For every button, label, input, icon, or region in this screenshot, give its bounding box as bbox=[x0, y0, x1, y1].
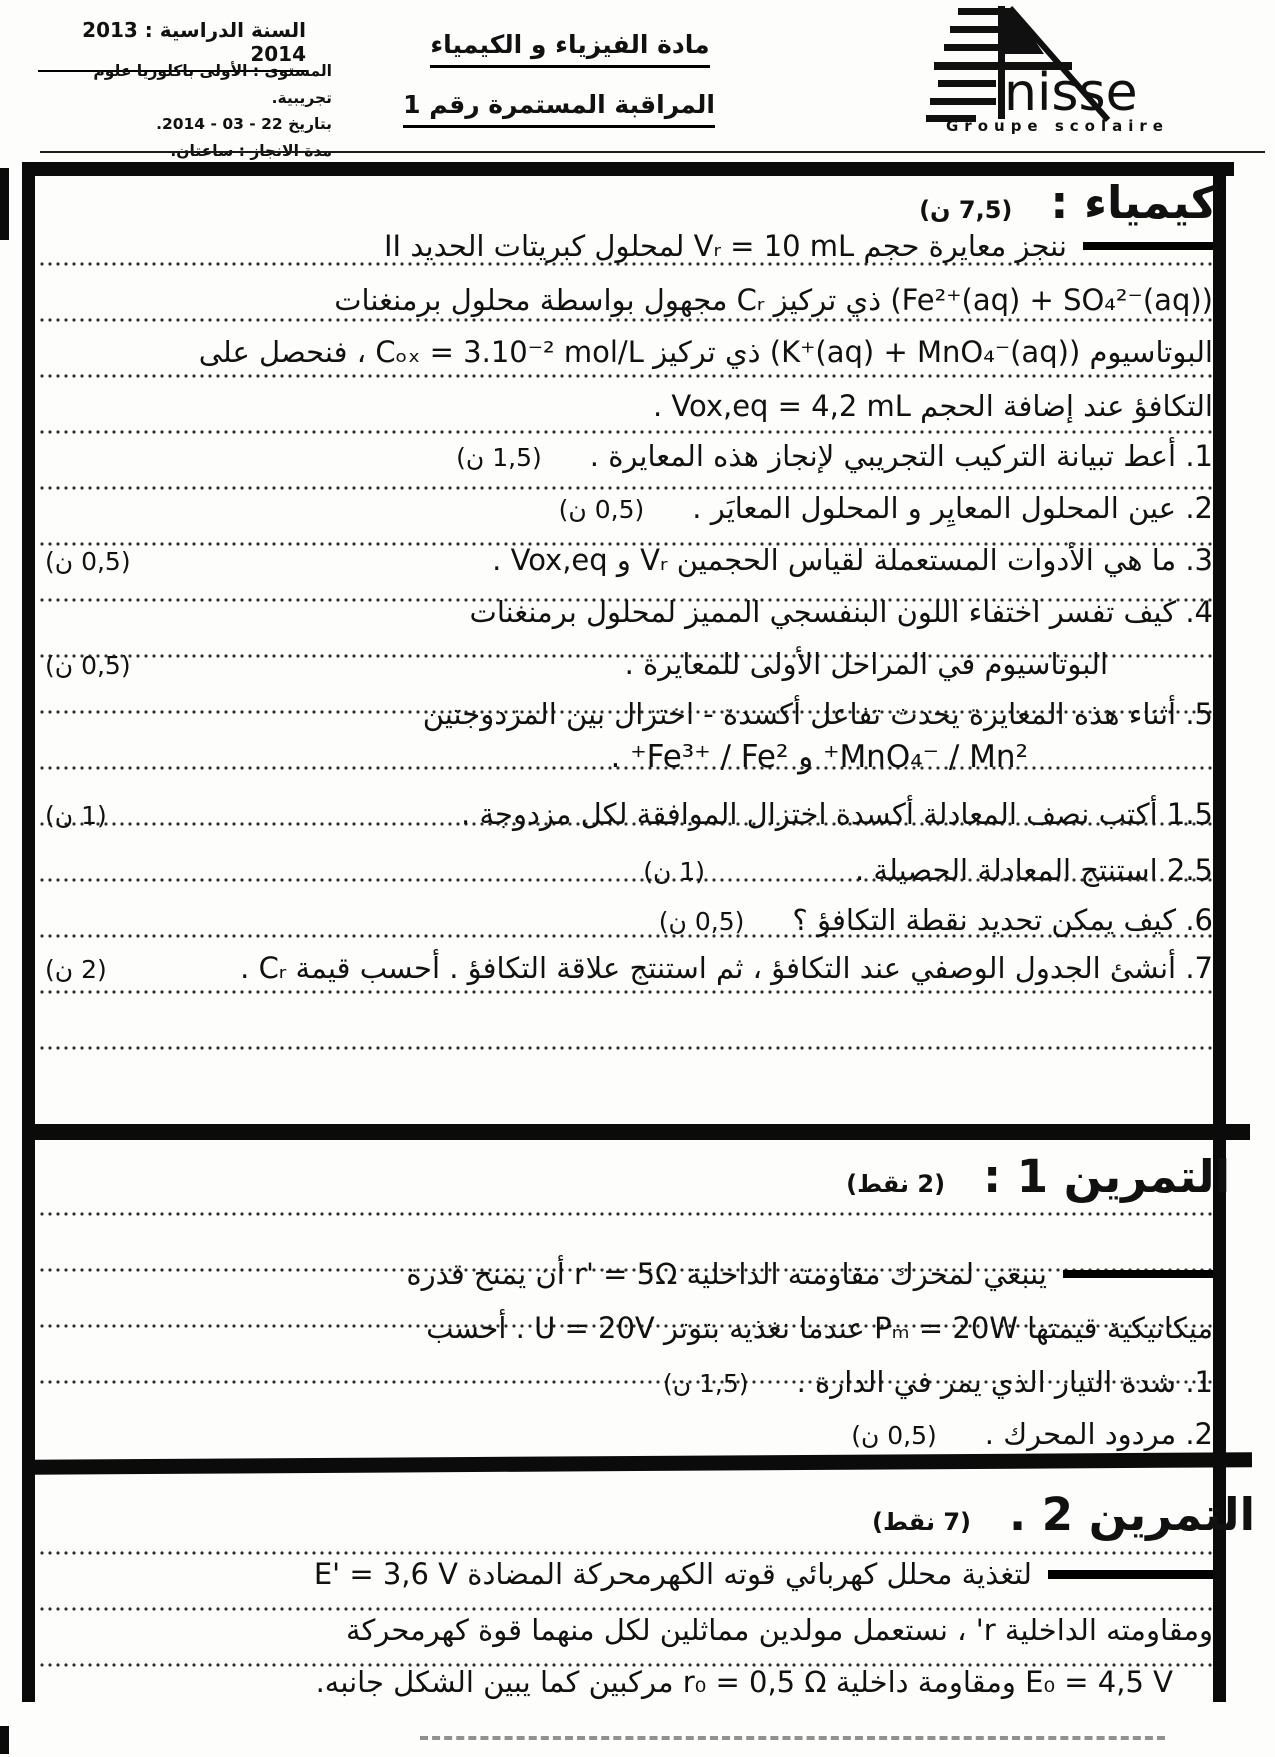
line-text: البوتاسيوم في المراحل الأولى للمعايرة . bbox=[625, 642, 1108, 686]
formula-text: MnO₄⁻ / Mn²⁺ و Fe³⁺ / Fe²⁺ . bbox=[611, 735, 1028, 779]
chem-question-6: 6. كيف يمكن تحديد نقطة التكافؤ ؟ (0,5 ن) bbox=[45, 898, 1213, 942]
section-points: (7 نقط) bbox=[872, 1508, 971, 1536]
ex1-line-intro-2: ميكانيكية قيمتها Pₘ = 20W عندما نغذيه بت… bbox=[45, 1306, 1213, 1350]
chem-line-intro-1: ننجز معايرة حجم Vᵣ = 10 mL لمحلول كبريتا… bbox=[45, 224, 1213, 268]
line-text: التكافؤ عند إضافة الحجم Vox,eq = 4,2 mL … bbox=[653, 384, 1213, 428]
chem-question-4b: البوتاسيوم في المراحل الأولى للمعايرة . … bbox=[45, 642, 1213, 686]
exam-title-block: مادة الفيزياء و الكيمياء المراقبة المستم… bbox=[425, 30, 715, 128]
chem-line-intro-4: التكافؤ عند إضافة الحجم Vox,eq = 4,2 mL … bbox=[45, 384, 1213, 428]
ex2-line-intro-2: ومقاومته الداخلية r' ، نستعمل مولدين مما… bbox=[45, 1608, 1213, 1652]
score-badge: (2 ن) bbox=[45, 948, 107, 992]
header-divider bbox=[40, 151, 1265, 153]
exam-scan-page: السنة الدراسية : 2013‏ 2014 المستوى : ال… bbox=[0, 0, 1275, 1757]
chem-question-5-2: 2.5 استنتج المعادلة الحصيلة . (1 ن) bbox=[45, 848, 1213, 892]
scan-artifact-dashes bbox=[420, 1736, 1165, 1740]
score-badge: (0,5 ن) bbox=[45, 644, 131, 688]
line-text: ينبغي لمحرك مقاومته الداخلية r' = 5Ω أن … bbox=[406, 1252, 1047, 1296]
line-text: البوتاسيوم (K⁺(aq) + MnO₄⁻(aq)) ذي تركيز… bbox=[199, 330, 1213, 374]
score-badge: (0,5 ن) bbox=[45, 540, 131, 584]
exercise2-heading: التمرين 2 . (7 نقط) bbox=[872, 1488, 1255, 1541]
chem-line-intro-2: (Fe²⁺(aq) + SO₄²⁻(aq)) ذي تركيز Cᵣ مجهول… bbox=[45, 278, 1213, 322]
score-badge: (1 ن) bbox=[643, 850, 705, 894]
line-text: 1.5 أكتب نصف المعادلة أكسدة اختزال الموا… bbox=[461, 792, 1213, 836]
line-text: 5. أثناء هذه المعايرة يحدث تفاعل أكسدة -… bbox=[423, 692, 1213, 736]
line-text: 2. مردود المحرك . bbox=[985, 1412, 1213, 1456]
paragraph-dash bbox=[1083, 242, 1213, 250]
chem-question-4a: 4. كيف تفسر اختفاء اللون البنفسجي المميز… bbox=[45, 590, 1213, 634]
score-badge: (1 ن) bbox=[45, 794, 107, 838]
score-badge: (0,5 ن) bbox=[851, 1414, 937, 1458]
paragraph-dash bbox=[1048, 1570, 1213, 1579]
chem-question-5-1: 1.5 أكتب نصف المعادلة أكسدة اختزال الموا… bbox=[45, 792, 1213, 836]
section-title: كيمياء : bbox=[1050, 176, 1217, 229]
line-text: E₀ = 4,5 V ومقاومة داخلية r₀ = 0,5 Ω مرك… bbox=[316, 1660, 1173, 1704]
school-logo: nisse Groupe scolaire bbox=[838, 2, 1208, 134]
line-text: 2. عين المحلول المعايِر و المحلول المعاي… bbox=[692, 486, 1213, 530]
section-separator-1 bbox=[22, 1124, 1250, 1140]
chem-question-1: 1. أعط تبيانة التركيب التجريبي لإنجاز هذ… bbox=[45, 434, 1213, 478]
line-text: 2.5 استنتج المعادلة الحصيلة . bbox=[855, 848, 1213, 892]
chem-question-5: 5. أثناء هذه المعايرة يحدث تفاعل أكسدة -… bbox=[45, 692, 1213, 736]
logo-name: nisse bbox=[1004, 63, 1138, 123]
exercise1-heading: التمرين 1 : (2 نقط) bbox=[846, 1150, 1230, 1203]
section-title: التمرين 2 . bbox=[1009, 1488, 1255, 1541]
score-badge: (0,5 ن) bbox=[659, 900, 745, 944]
chem-question-2: 2. عين المحلول المعايِر و المحلول المعاي… bbox=[45, 486, 1213, 530]
frame-right-bar bbox=[1213, 162, 1226, 1702]
line-text: ننجز معايرة حجم Vᵣ = 10 mL لمحلول كبريتا… bbox=[384, 224, 1067, 268]
ex2-line-intro-3: E₀ = 4,5 V ومقاومة داخلية r₀ = 0,5 Ω مرك… bbox=[45, 1660, 1213, 1704]
exam-title: المراقبة المستمرة رقم 1 bbox=[403, 90, 715, 128]
line-text: 3. ما هي الأدوات المستعملة لقياس الحجمين… bbox=[492, 538, 1213, 582]
section-points: (7,5 ن) bbox=[919, 196, 1012, 224]
line-text: لتغذية محلل كهربائي قوته الكهرمحركة المض… bbox=[314, 1552, 1032, 1596]
chem-line-intro-3: البوتاسيوم (K⁺(aq) + MnO₄⁻(aq)) ذي تركيز… bbox=[45, 330, 1213, 374]
line-text: 4. كيف تفسر اختفاء اللون البنفسجي المميز… bbox=[470, 590, 1213, 634]
line-text: 6. كيف يمكن تحديد نقطة التكافؤ ؟ bbox=[792, 898, 1213, 942]
line-text: ومقاومته الداخلية r' ، نستعمل مولدين مما… bbox=[346, 1608, 1213, 1652]
logo-graphic: nisse Groupe scolaire bbox=[838, 2, 1208, 134]
section-points: (2 نقط) bbox=[846, 1170, 945, 1198]
frame-top-bar bbox=[22, 162, 1234, 176]
line-text: 7. أنشئ الجدول الوصفي عند التكافؤ ، ثم ا… bbox=[240, 946, 1213, 990]
ex2-line-intro-1: لتغذية محلل كهربائي قوته الكهرمحركة المض… bbox=[45, 1552, 1213, 1596]
ex1-line-intro-1: ينبغي لمحرك مقاومته الداخلية r' = 5Ω أن … bbox=[45, 1252, 1213, 1296]
line-text: 1. أعط تبيانة التركيب التجريبي لإنجاز هذ… bbox=[590, 434, 1213, 478]
score-badge: (0,5 ن) bbox=[559, 488, 645, 532]
date-line: بتاريخ 22 - 03 - 2014. bbox=[30, 111, 332, 138]
scan-edge-artifact bbox=[0, 1726, 9, 1754]
level-line: المستوى : الأولى باكلوريا علوم تجريبية. bbox=[30, 58, 332, 111]
chem-redox-couples-formula: MnO₄⁻ / Mn²⁺ و Fe³⁺ / Fe²⁺ . bbox=[45, 735, 1213, 779]
subject-title: مادة الفيزياء و الكيمياء bbox=[430, 30, 709, 68]
exam-meta-block: المستوى : الأولى باكلوريا علوم تجريبية. … bbox=[30, 58, 332, 165]
ex1-question-2: 2. مردود المحرك . (0,5 ن) bbox=[45, 1412, 1213, 1456]
chem-question-7: 7. أنشئ الجدول الوصفي عند التكافؤ ، ثم ا… bbox=[45, 946, 1213, 990]
score-badge: (1,5 ن) bbox=[456, 436, 542, 480]
ex1-question-1: 1. شدة التيار الذي يمر في الدارة . (1,5 … bbox=[45, 1360, 1213, 1404]
scan-edge-artifact bbox=[0, 168, 9, 240]
paragraph-dash bbox=[1063, 1270, 1213, 1278]
line-text: 1. شدة التيار الذي يمر في الدارة . bbox=[797, 1360, 1213, 1404]
chemistry-heading: كيمياء : (7,5 ن) bbox=[919, 176, 1217, 229]
logo-subtitle: Groupe scolaire bbox=[946, 117, 1169, 134]
line-text: (Fe²⁺(aq) + SO₄²⁻(aq)) ذي تركيز Cᵣ مجهول… bbox=[334, 278, 1213, 322]
section-title: التمرين 1 : bbox=[983, 1150, 1230, 1203]
line-text: ميكانيكية قيمتها Pₘ = 20W عندما نغذيه بت… bbox=[426, 1306, 1213, 1350]
chem-question-3: 3. ما هي الأدوات المستعملة لقياس الحجمين… bbox=[45, 538, 1213, 582]
score-badge: (1,5 ن) bbox=[663, 1362, 749, 1406]
